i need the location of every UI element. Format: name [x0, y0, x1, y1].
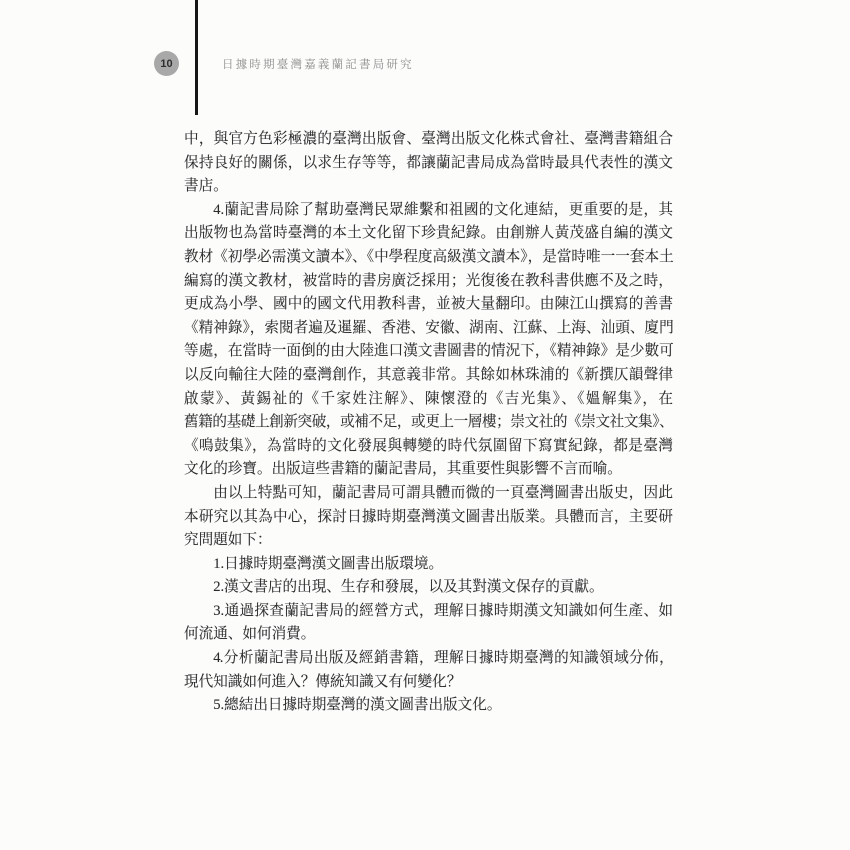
text-line: 更成為小學、國中的國文代用教科書，並被大量翻印。由陳江山撰寫的善書	[184, 293, 673, 317]
text-line: 以反向輸往大陸的臺灣創作，其意義非常。其餘如林珠浦的《新撰仄韻聲律	[184, 364, 673, 388]
text-line: 3.通過探查蘭記書局的經營方式，理解日據時期漢文知識如何生產、如	[184, 600, 673, 624]
page-number-badge: 10	[154, 51, 179, 76]
page-number: 10	[160, 58, 172, 70]
running-header-title: 日據時期臺灣嘉義蘭記書局研究	[222, 56, 414, 72]
text-line: 文化的珍寶。出版這些書籍的蘭記書局，其重要性與影響不言而喻。	[184, 458, 673, 482]
text-line: 《鳴鼓集》，為當時的文化發展與轉變的時代氛圍留下寫實紀錄，都是臺灣	[184, 435, 673, 459]
body-text: 中，與官方色彩極濃的臺灣出版會、臺灣出版文化株式會社、臺灣書籍組合 保持良好的關…	[184, 128, 673, 718]
text-line: 等處，在當時一面倒的由大陸進口漢文書圖書的情況下，《精神錄》是少數可	[184, 340, 673, 364]
text-line: 啟蒙》、黃錫祉的《千家姓注解》、陳懷澄的《吉光集》、《媼解集》，在	[184, 388, 673, 412]
text-line: 本研究以其為中心，探討日據時期臺灣漢文圖書出版業。具體而言，主要研	[184, 506, 673, 530]
text-line: 1.日據時期臺灣漢文圖書出版環境。	[184, 553, 673, 577]
text-line: 4.蘭記書局除了幫助臺灣民眾維繫和祖國的文化連結，更重要的是，其	[184, 199, 673, 223]
book-page: 10 日據時期臺灣嘉義蘭記書局研究 中，與官方色彩極濃的臺灣出版會、臺灣出版文化…	[0, 0, 850, 850]
text-line: 保持良好的關係，以求生存等等，都讓蘭記書局成為當時最具代表性的漢文	[184, 152, 673, 176]
text-line: 4.分析蘭記書局出版及經銷書籍，理解日據時期臺灣的知識領域分佈，	[184, 647, 673, 671]
text-line: 中，與官方色彩極濃的臺灣出版會、臺灣出版文化株式會社、臺灣書籍組合	[184, 128, 673, 152]
text-line: 出版物也為當時臺灣的本土文化留下珍貴紀錄。由創辦人黃茂盛自編的漢文	[184, 222, 673, 246]
text-line: 現代知識如何進入？傳統知識又有何變化？	[184, 671, 673, 695]
text-line: 編寫的漢文教材，被當時的書房廣泛採用；光復後在教科書供應不及之時，	[184, 270, 673, 294]
text-line: 教材《初學必需漢文讀本》、《中學程度高級漢文讀本》，是當時唯一一套本土	[184, 246, 673, 270]
header-vertical-rule	[195, 0, 198, 115]
text-line: 舊籍的基礎上創新突破，或補不足，或更上一層樓；崇文社的《崇文社文集》、	[184, 411, 673, 435]
text-line: 書店。	[184, 175, 673, 199]
text-line: 《精神錄》，索閱者遍及暹羅、香港、安徽、湖南、江蘇、上海、汕頭、廈門	[184, 317, 673, 341]
text-line: 由以上特點可知，蘭記書局可謂具體而微的一頁臺灣圖書出版史，因此	[184, 482, 673, 506]
text-line: 2.漢文書店的出現、生存和發展，以及其對漢文保存的貢獻。	[184, 576, 673, 600]
text-line: 究問題如下：	[184, 529, 673, 553]
text-line: 何流通、如何消費。	[184, 623, 673, 647]
text-line: 5.總結出日據時期臺灣的漢文圖書出版文化。	[184, 694, 673, 718]
